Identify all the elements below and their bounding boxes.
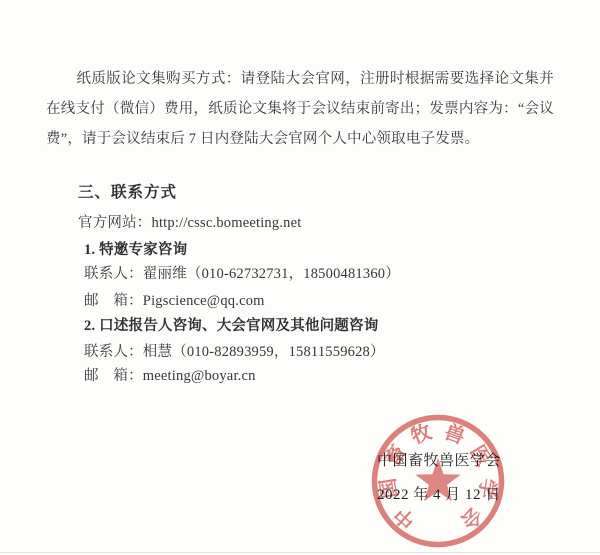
signature-date: 2022 年 4 月 12 日 bbox=[377, 483, 501, 504]
oral-report-consult-email-line: 邮 箱：meeting@boyar.cn bbox=[84, 364, 256, 385]
seal-ring-circle bbox=[375, 418, 502, 545]
expert-consult-title: 1. 特邀专家咨询 bbox=[84, 238, 187, 259]
oral-report-consult-contact-line: 联系人：相慧（010-82893959，15811559628） bbox=[84, 340, 385, 361]
paper-purchase-paragraph: 纸质版论文集购买方式：请登陆大会官网，注册时根据需要选择论文集并在线支付（微信）… bbox=[46, 64, 554, 154]
svg-text:会: 会 bbox=[456, 503, 487, 534]
svg-text:牧: 牧 bbox=[408, 419, 435, 448]
document-page: 纸质版论文集购买方式：请登陆大会官网，注册时根据需要选择论文集并在线支付（微信）… bbox=[0, 0, 600, 555]
oral-report-consult-title: 2. 口述报告人咨询、大会官网及其他问题咨询 bbox=[84, 314, 378, 335]
signature-organization-name: 中国畜牧兽医学会 bbox=[377, 449, 501, 470]
contact-section-heading: 三、联系方式 bbox=[78, 180, 177, 202]
svg-text:中: 中 bbox=[389, 503, 420, 534]
svg-text:兽: 兽 bbox=[441, 419, 468, 448]
expert-consult-contact-line: 联系人：翟丽维（010-62732731，18500481360） bbox=[84, 262, 400, 283]
expert-consult-email-line: 邮 箱：Pigscience@qq.com bbox=[84, 289, 265, 310]
official-seal-stamp: 中国畜牧兽医学会 bbox=[368, 410, 508, 550]
seal-ring-chars: 中国畜牧兽医学会 bbox=[376, 419, 501, 534]
official-website-line: 官方网站：http://cssc.bomeeting.net bbox=[78, 211, 301, 232]
